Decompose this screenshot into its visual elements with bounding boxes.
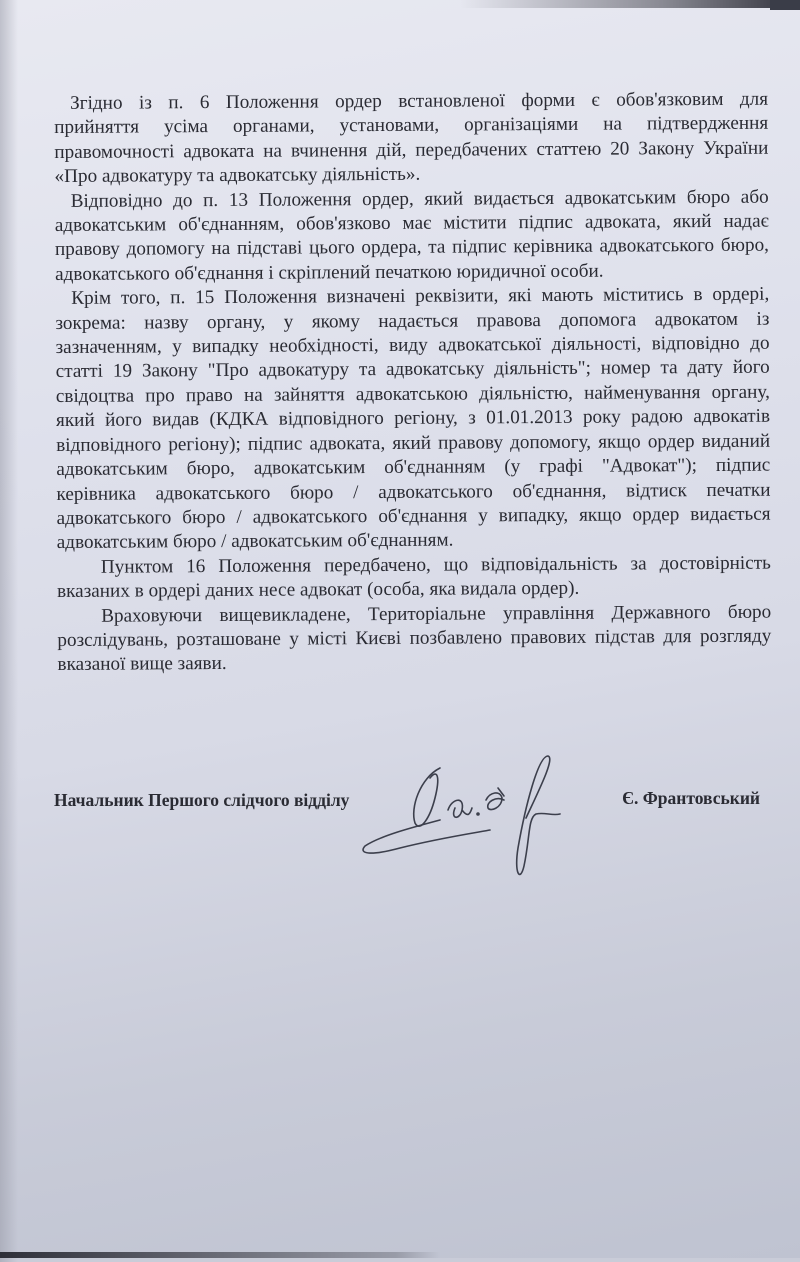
text-line: розслідувань, розташоване у місті Києві … [57,625,771,654]
document-body: Згідно із п. 6 Положення ордер встановле… [54,88,772,678]
paragraph-order-mandatory: Згідно із п. 6 Положення ордер встановле… [54,88,769,190]
text-line: правову допомогу на підставі цього ордер… [55,234,769,263]
signatory-name: Є. Франтовський [622,788,760,809]
paragraph-conclusion: Враховуючи вищевикладене, Територіальне … [57,600,771,678]
text-line: правомочності адвоката на вчинення дій, … [54,136,768,165]
text-line: адвокатським бюро, адвокатським об'єднан… [56,454,770,483]
paragraph-responsibility: Пунктом 16 Положення передбачено, що від… [57,551,771,604]
page-bottom-shadow [0,1252,440,1258]
background-corner [770,0,800,10]
paragraph-order-signature: Відповідно до п. 13 Положення ордер, яки… [55,185,770,287]
page-top-shadow [460,0,800,8]
text-line: вказаної вище заяви. [57,649,771,678]
paragraph-order-requisites: Крім того, п. 15 Положення визначені рек… [55,283,771,556]
handwritten-signature-icon [290,738,590,898]
text-line: адвокатського бюро / адвокатського об'єд… [57,503,771,532]
text-line: Пунктом 16 Положення передбачено, що від… [57,551,771,580]
page-left-shadow [0,0,18,1262]
document-page: Згідно із п. 6 Положення ордер встановле… [0,0,800,1258]
